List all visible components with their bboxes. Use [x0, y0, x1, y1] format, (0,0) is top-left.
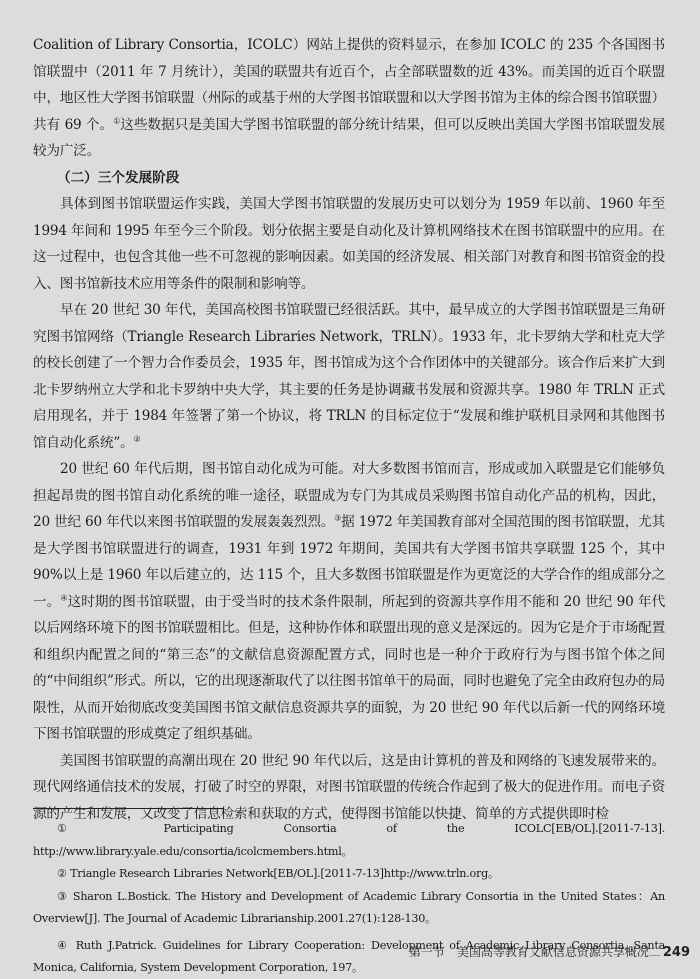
paragraph-1960s: 20 世纪 60 年代后期，图书馆自动化成为可能。对大多数图书馆而言，形成或加入… — [33, 456, 665, 748]
paragraph-stages: 具体到图书馆联盟运作实践，美国大学图书馆联盟的发展历史可以划分为 1959 年以… — [33, 191, 665, 297]
page-number: 249 — [663, 945, 690, 960]
footnote-2: ② Triangle Research Libraries Network[EB… — [33, 863, 665, 886]
footnote-ref-2[interactable]: ② — [134, 434, 141, 443]
running-section-title: 第一节 美国高等教育文献信息资源共享概况 — [409, 945, 649, 959]
footnote-1: ① Participating Consortia of the ICOLC[E… — [33, 818, 665, 863]
page-footer: 第一节 美国高等教育文献信息资源共享概况249 — [409, 943, 690, 960]
paragraph-icolc: Coalition of Library Consortia，ICOLC）网站上… — [33, 32, 665, 165]
footnote-divider — [33, 808, 224, 809]
footnote-3: ③ Sharon L.Bostick. The History and Deve… — [33, 886, 665, 931]
page-body: Coalition of Library Consortia，ICOLC）网站上… — [33, 32, 665, 827]
paragraph-1990s: 美国图书馆联盟的高潮出现在 20 世纪 90 年代以后，这是由计算机的普及和网络… — [33, 748, 665, 828]
paragraph-trln: 早在 20 世纪 30 年代，美国高校图书馆联盟已经很活跃。其中，最早成立的大学… — [33, 297, 665, 456]
footnote-ref-4[interactable]: ④ — [60, 593, 67, 602]
section-heading: （二）三个发展阶段 — [33, 165, 665, 192]
footer-separator — [650, 955, 660, 956]
